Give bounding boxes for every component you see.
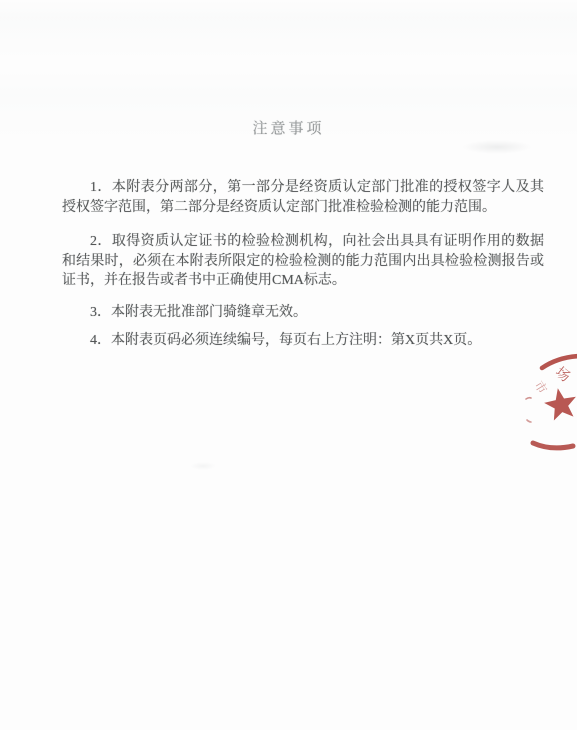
scan-smudge	[190, 462, 216, 470]
notice-body: 1．本附表分两部分，第一部分是经资质认定部门批准的授权签字人及其授权签字范围，第…	[62, 178, 544, 351]
notice-paragraph-4: 4．本附表页码必须连续编号，每页右上方注明：第X页共X页。	[62, 331, 544, 351]
seal-partial-stroke	[527, 420, 531, 422]
seal-ring-bottom-arc	[533, 443, 573, 448]
document-page: 注意事项 1．本附表分两部分，第一部分是经资质认定部门批准的授权签字人及其授权签…	[0, 0, 577, 730]
seal-star-icon	[542, 387, 577, 423]
notice-paragraph-2: 2．取得资质认定证书的检验检测机构，向社会出具具有证明作用的数据和结果时，必须在…	[62, 232, 544, 291]
seal-character: 场	[552, 363, 573, 385]
notice-paragraph-1: 1．本附表分两部分，第一部分是经资质认定部门批准的授权签字人及其授权签字范围，第…	[62, 178, 544, 217]
official-seal: 场 市	[505, 348, 577, 458]
seal-partial-stroke	[526, 398, 531, 399]
notice-paragraph-3: 3．本附表无批准部门骑缝章无效。	[62, 303, 544, 323]
scan-smudge	[462, 140, 532, 154]
seal-character-faint: 市	[532, 379, 550, 397]
page-title: 注意事项	[0, 0, 577, 138]
